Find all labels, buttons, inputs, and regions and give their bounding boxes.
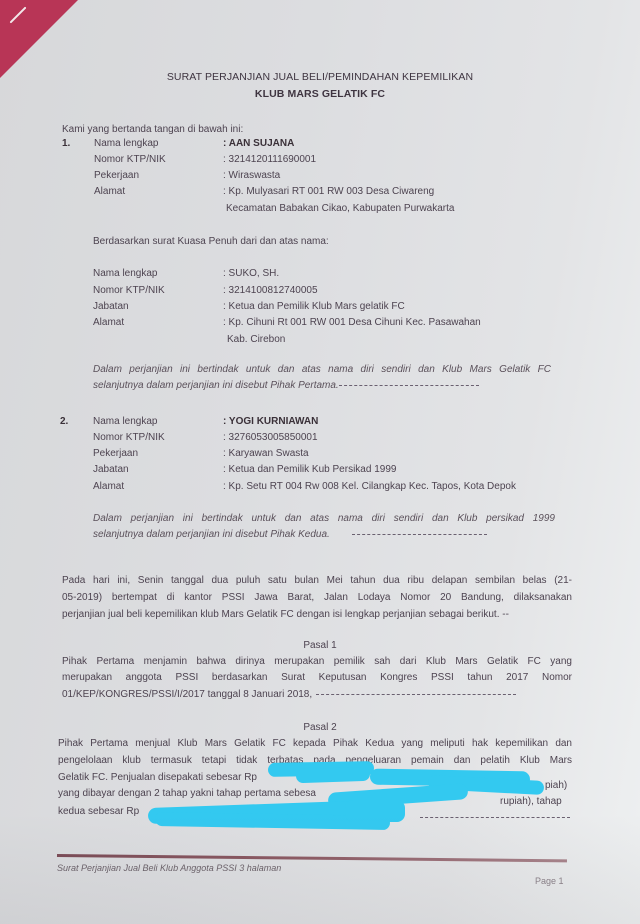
- opening-line3: perjanjian jual beli kepemilikan klub Ma…: [62, 609, 509, 620]
- opening-line1: Pada hari ini, Senin tanggal dua puluh s…: [62, 575, 572, 586]
- pasal2-line5-filler: [420, 812, 570, 823]
- document-subtitle: KLUB MARS GELATIK FC: [0, 88, 640, 100]
- proxy-label-name: Nama lengkap: [93, 268, 157, 279]
- party2-value-nik: : 3276053005850001: [223, 432, 318, 443]
- party1-note-text: selanjutnya dalam perjanjian ini disebut…: [93, 380, 339, 391]
- party2-value-position: : Ketua dan Pemilik Kub Persikad 1999: [223, 464, 396, 475]
- footer-text: Surat Perjanjian Jual Beli Klub Anggota …: [57, 863, 281, 873]
- party1-note-line2: selanjutnya dalam perjanjian ini disebut…: [93, 380, 479, 391]
- pasal1-line3: 01/KEP/KONGRES/PSSI/I/2017 tanggal 8 Jan…: [62, 689, 516, 700]
- redaction-mark: [345, 800, 405, 822]
- party1-note-line1: Dalam perjanjian ini bertindak untuk dan…: [93, 364, 551, 375]
- page-number: Page 1: [535, 876, 564, 886]
- document-title: SURAT PERJANJIAN JUAL BELI/PEMINDAHAN KE…: [0, 71, 640, 83]
- dashed-filler: [339, 385, 479, 386]
- proxy-label-address: Alamat: [93, 317, 124, 328]
- proxy-value-name: : SUKO, SH.: [223, 268, 279, 279]
- party2-value-name: : YOGI KURNIAWAN: [223, 416, 318, 427]
- party2-value-job: : Karyawan Swasta: [223, 448, 309, 459]
- pasal1-line3-text: 01/KEP/KONGRES/PSSI/I/2017 tanggal 8 Jan…: [62, 689, 312, 700]
- party2-note-text: selanjutnya dalam perjanjian ini disebut…: [93, 529, 330, 540]
- document-page: SURAT PERJANJIAN JUAL BELI/PEMINDAHAN KE…: [0, 0, 640, 924]
- party2-number: 2.: [60, 416, 68, 427]
- dashed-filler: [352, 534, 487, 535]
- party2-note-line1: Dalam perjanjian ini bertindak untuk dan…: [93, 513, 555, 524]
- party2-value-address: : Kp. Setu RT 004 Rw 008 Kel. Cilangkap …: [223, 481, 516, 492]
- pasal2-line4-tail: rupiah), tahap: [500, 796, 562, 807]
- proxy-label-nik: Nomor KTP/NIK: [93, 285, 165, 296]
- party2-label-name: Nama lengkap: [93, 416, 157, 427]
- proxy-value-nik: : 3214100812740005: [223, 285, 318, 296]
- pasal1-line2: merupakan anggota PSSI berdasarkan Surat…: [62, 672, 572, 683]
- party1-label-address: Alamat: [94, 186, 125, 197]
- intro-text: Kami yang bertanda tangan di bawah ini:: [62, 124, 243, 135]
- dashed-filler: [316, 694, 516, 695]
- party2-label-job: Pekerjaan: [93, 448, 138, 459]
- dashed-filler: [420, 817, 570, 818]
- pasal2-line1: Pihak Pertama menjual Klub Mars Gelatik …: [58, 738, 572, 749]
- party1-label-job: Pekerjaan: [94, 170, 139, 181]
- pasal2-line5: kedua sebesar Rp: [58, 806, 139, 817]
- pasal1-heading: Pasal 1: [0, 640, 640, 651]
- party1-number: 1.: [62, 138, 70, 149]
- pasal2-line4: yang dibayar dengan 2 tahap yakni tahap …: [58, 788, 316, 799]
- party2-label-nik: Nomor KTP/NIK: [93, 432, 165, 443]
- footer-rule: [57, 854, 567, 862]
- opening-line2: 05-2019) bertempat di kantor PSSI Jawa B…: [62, 592, 572, 603]
- party1-value-address: : Kp. Mulyasari RT 001 RW 003 Desa Ciwar…: [223, 186, 434, 197]
- pasal2-line3: Gelatik FC. Penjualan disepakati sebesar…: [58, 772, 257, 783]
- party2-label-position: Jabatan: [93, 464, 129, 475]
- proxy-address-cont: Kab. Cirebon: [227, 334, 285, 345]
- pasal2-line3-tail: piah): [545, 780, 567, 791]
- party2-label-address: Alamat: [93, 481, 124, 492]
- party1-address-cont: Kecamatan Babakan Cikao, Kabupaten Purwa…: [226, 203, 454, 214]
- party1-value-name: : AAN SUJANA: [223, 138, 294, 149]
- party1-value-nik: : 3214120111690001: [223, 154, 316, 165]
- proxy-label-position: Jabatan: [93, 301, 129, 312]
- proxy-intro: Berdasarkan surat Kuasa Penuh dari dan a…: [93, 236, 329, 247]
- party1-label-name: Nama lengkap: [94, 138, 158, 149]
- party2-note-line2: selanjutnya dalam perjanjian ini disebut…: [93, 529, 487, 540]
- party1-label-nik: Nomor KTP/NIK: [94, 154, 166, 165]
- proxy-value-position: : Ketua dan Pemilik Klub Mars gelatik FC: [223, 301, 405, 312]
- pasal1-line1: Pihak Pertama menjamin bahwa dirinya mer…: [62, 656, 572, 667]
- redaction-mark: [296, 767, 370, 784]
- proxy-value-address: : Kp. Cihuni Rt 001 RW 001 Desa Cihuni K…: [223, 317, 481, 328]
- pasal2-heading: Pasal 2: [0, 722, 640, 733]
- party1-value-job: : Wiraswasta: [223, 170, 280, 181]
